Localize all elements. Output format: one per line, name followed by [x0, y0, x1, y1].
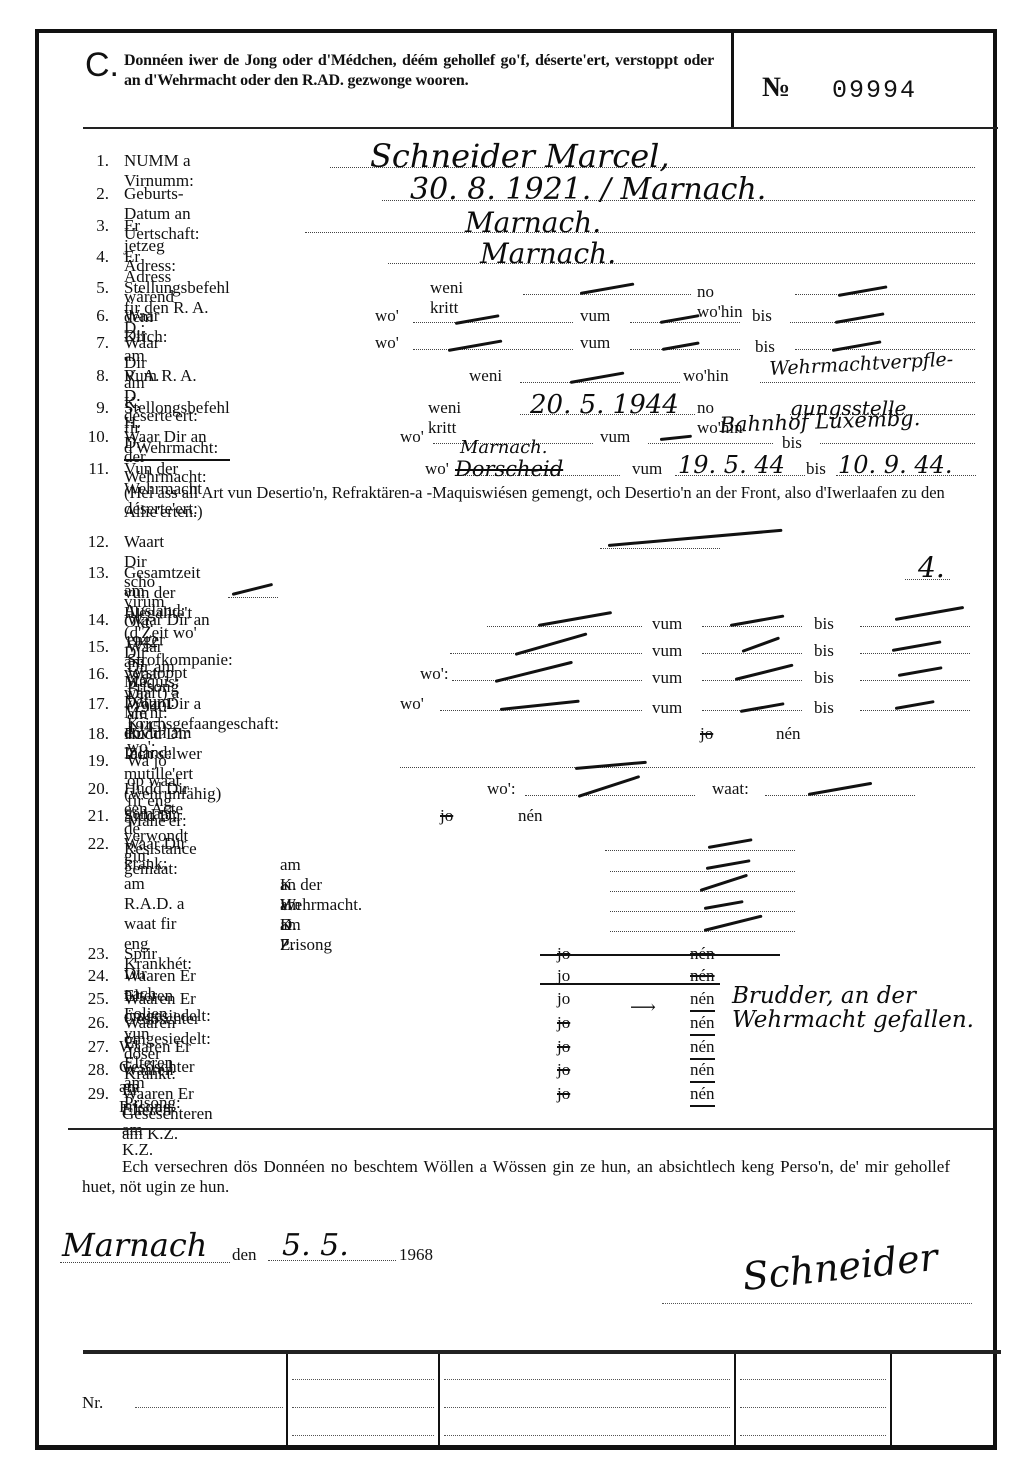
strike-line [540, 983, 720, 985]
footer-cell[interactable] [444, 1378, 730, 1380]
strike-line [540, 954, 780, 956]
form-title: Donnéen iwer de Jong oder d'Médchen, déé… [124, 51, 714, 91]
footer-divider [438, 1354, 440, 1446]
nr-field[interactable] [135, 1406, 283, 1408]
pow-where-field[interactable] [440, 694, 642, 711]
strof-to-field[interactable] [860, 610, 970, 627]
footer-cell[interactable] [444, 1434, 730, 1436]
war-address-field[interactable] [388, 247, 975, 264]
footer-divider [890, 1354, 892, 1446]
jo-option-crossed[interactable]: jo [557, 1060, 570, 1080]
remark-line-1: Brudder, an der [732, 983, 916, 1009]
rad-desert-date-field[interactable] [520, 366, 680, 383]
mutilation-method-field[interactable] [400, 751, 975, 768]
form-number: 09994 [832, 76, 917, 105]
nen-option[interactable]: nén [518, 806, 543, 826]
illness-kz-field[interactable] [610, 895, 795, 912]
birth-value: 30. 8. 1921. / Marnach. [410, 172, 766, 207]
item-11-note: (Hei ass all Art vun Desertio'n, Refrakt… [124, 483, 964, 521]
footer-cell[interactable] [444, 1406, 730, 1408]
footer-cell[interactable] [740, 1406, 886, 1408]
current-address-field[interactable] [305, 216, 975, 233]
war-address-value: Marnach. [480, 237, 616, 270]
den-label: den [232, 1245, 257, 1265]
khd-to-field[interactable] [795, 333, 975, 350]
footer-cell[interactable] [292, 1406, 434, 1408]
nen-option-selected[interactable]: nén [690, 1084, 715, 1107]
nen-option-selected[interactable]: nén [690, 1037, 715, 1060]
strof-from-field[interactable] [702, 610, 802, 627]
jo-option-crossed[interactable]: jo [557, 1084, 570, 1104]
signature-line[interactable] [662, 1302, 972, 1304]
date-value: 5. 5. [282, 1228, 349, 1263]
name-value: Schneider Marcel, [370, 137, 670, 175]
footer-cell[interactable] [740, 1434, 886, 1436]
footer-rule [83, 1350, 1001, 1354]
arrow-icon: ⟶ [630, 997, 656, 1018]
declaration-rule [68, 1128, 993, 1130]
number-symbol: № [762, 72, 790, 104]
inland-months-value: 4. [918, 551, 945, 584]
illness-khd-field[interactable] [610, 855, 795, 872]
footer-cell[interactable] [740, 1378, 886, 1380]
declaration-text: Ech versechren dös Donnéen no beschtem W… [82, 1157, 950, 1197]
jo-option-crossed[interactable]: jo [557, 1013, 570, 1033]
desert-where-correction: Marnach. [460, 437, 548, 458]
year-label: 1968 [399, 1245, 433, 1265]
desert-to-value: 10. 9. 44. [838, 451, 953, 479]
footer-divider [734, 1354, 736, 1446]
footer-cell[interactable] [292, 1378, 434, 1380]
wehrmacht-order-date-value: 20. 5. 1944 [530, 390, 679, 420]
jo-option[interactable]: jo [557, 989, 570, 1009]
khd-from-field[interactable] [630, 333, 740, 350]
section-letter: C. [85, 46, 119, 85]
remark-line-2: Wehrmacht gefallen. [732, 1007, 974, 1033]
nen-option-selected[interactable]: nén [690, 1060, 715, 1083]
header-rule [83, 127, 998, 129]
current-address-value: Marnach. [465, 206, 601, 239]
header-divider [731, 33, 734, 128]
rad-from-field[interactable] [630, 306, 740, 323]
nr-label: Nr. [82, 1393, 103, 1413]
desert-where-value: Dorscheid [455, 457, 563, 481]
nen-option-selected[interactable]: nén [690, 1013, 715, 1036]
nen-option-selected[interactable]: nén [690, 989, 715, 1012]
place-value: Marnach [62, 1226, 207, 1264]
jo-option-crossed[interactable]: jo [440, 806, 453, 826]
nen-option[interactable]: nén [776, 724, 801, 744]
illness-prison-field[interactable] [610, 915, 795, 932]
jo-option-crossed[interactable]: jo [700, 724, 713, 744]
desert-from-value: 19. 5. 44 [678, 451, 785, 479]
footer-divider [286, 1354, 288, 1446]
jo-option-crossed[interactable]: jo [557, 1037, 570, 1057]
illness-rad-field[interactable] [605, 834, 795, 851]
footer-cell[interactable] [292, 1434, 434, 1436]
